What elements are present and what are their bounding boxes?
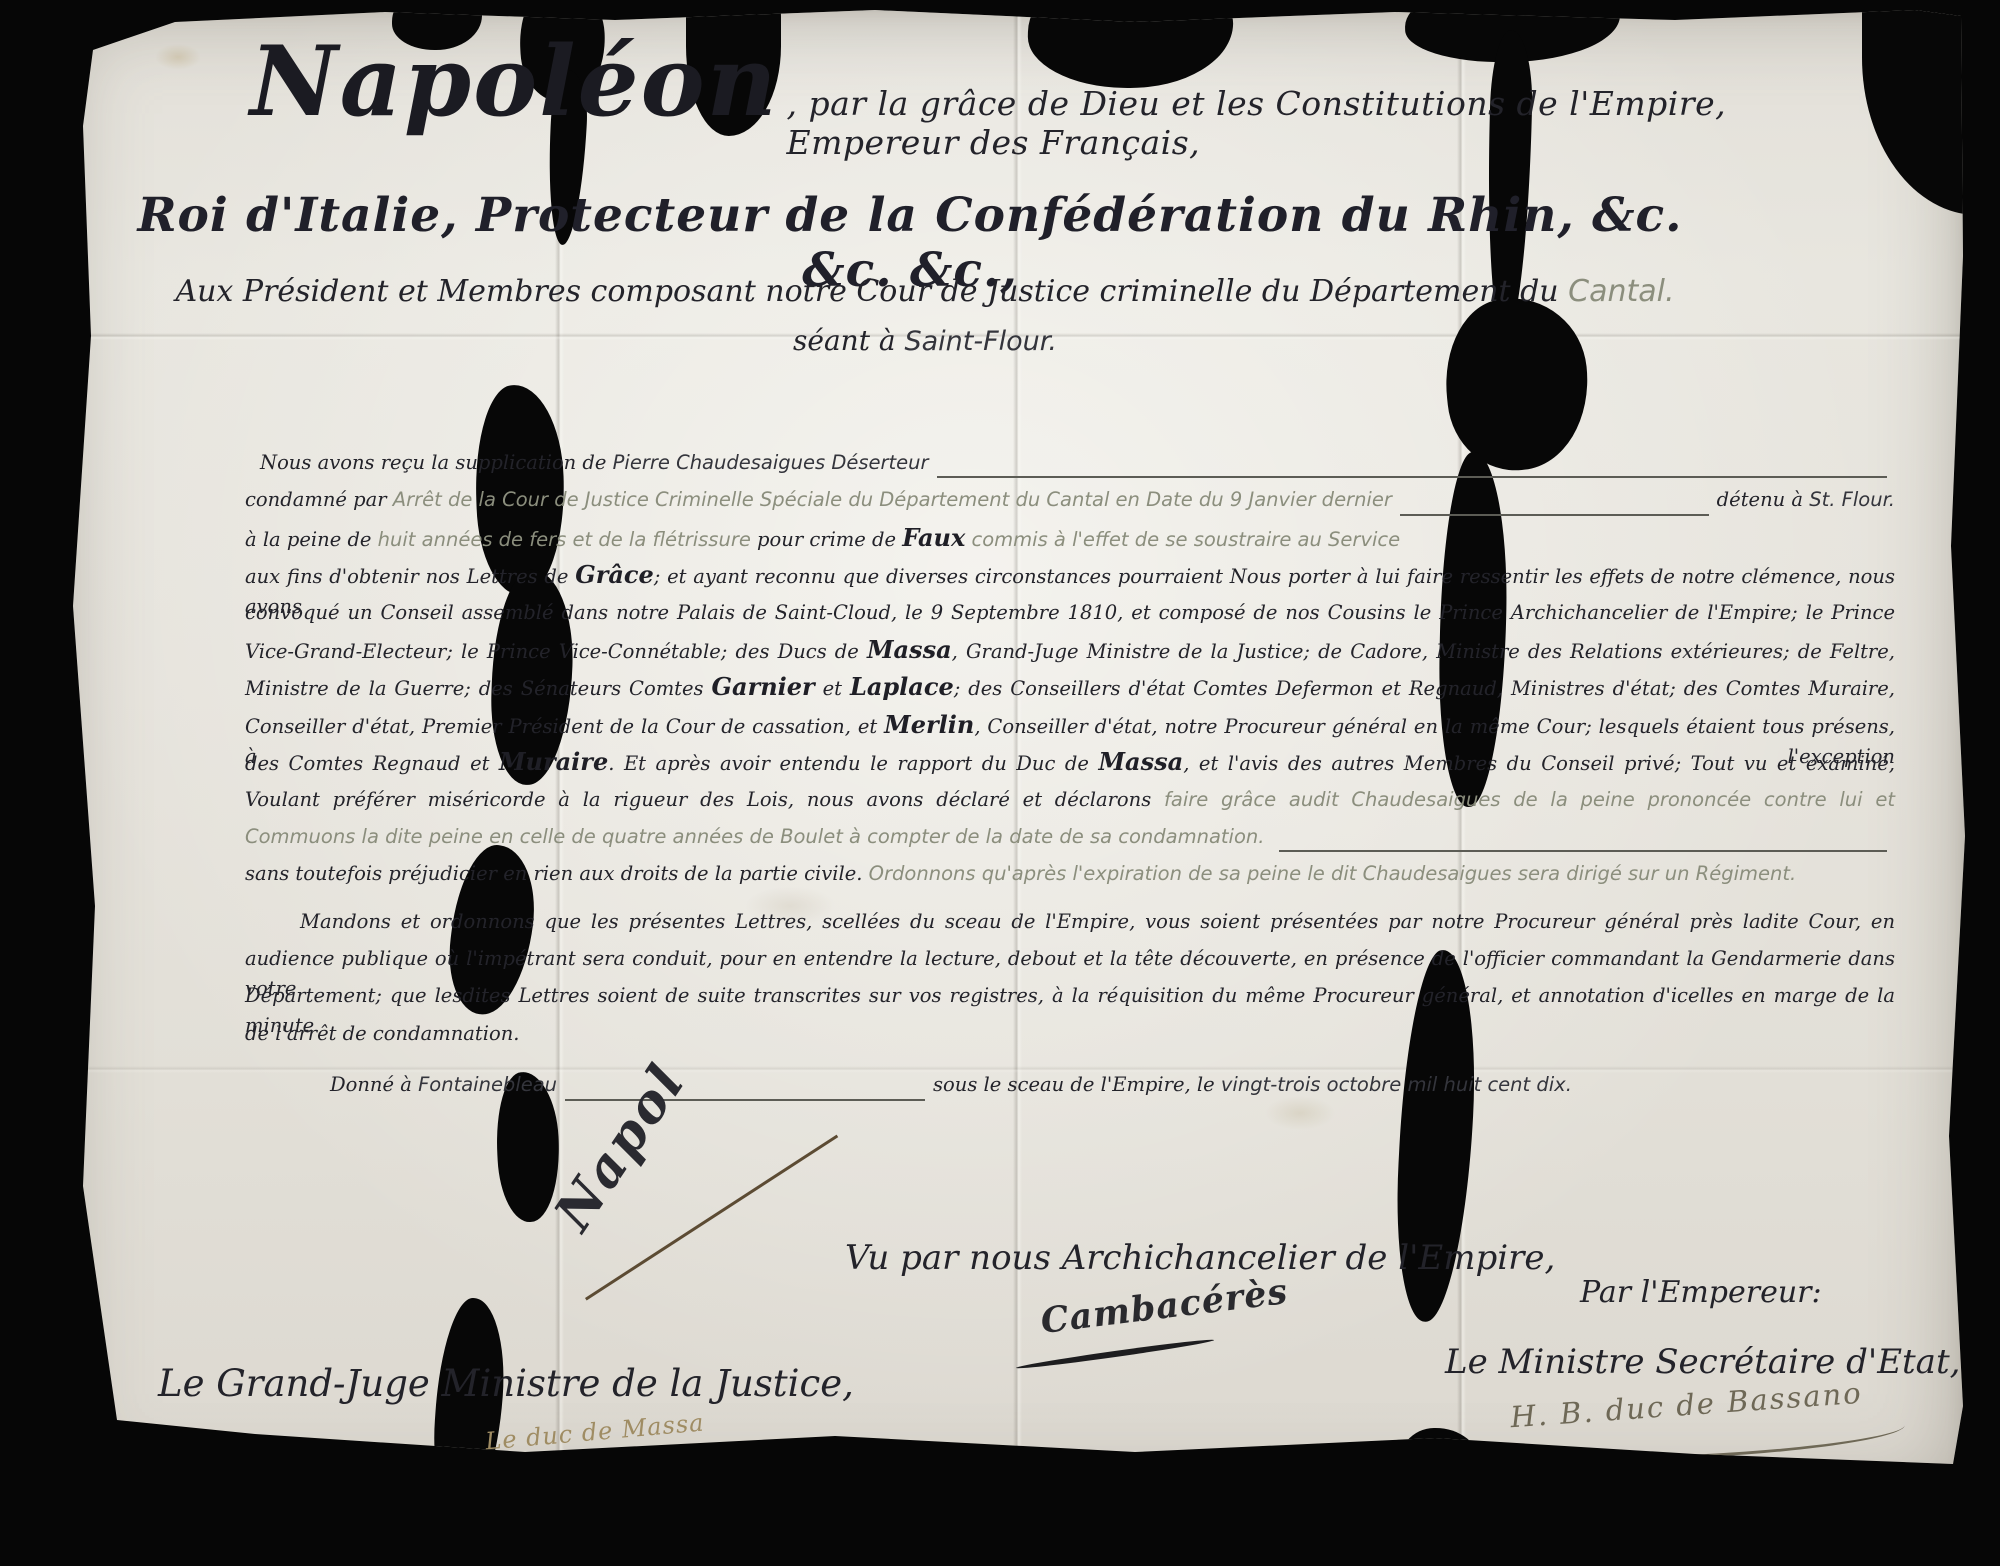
blank-rule (1400, 514, 1709, 516)
printed-text: ; des Conseillers d'état Comtes Defermon… (954, 677, 1895, 700)
massa-signature: Le duc de Massa (484, 1408, 705, 1455)
printed-text: Ministre de la Guerre; des Sénateurs Com… (245, 677, 712, 700)
printed-text: des Comtes Regnaud et (245, 752, 499, 775)
handwritten-text: Faux (902, 523, 965, 553)
printed-text: , et l'avis des autres Membres du Consei… (1183, 752, 1895, 775)
body-line: aux fins d'obtenir nos Lettres de Grâce;… (245, 560, 1895, 597)
printed-text: et (815, 677, 850, 700)
printed-text: à la peine de (245, 525, 378, 555)
printed-text: sans toutefois préjudicier en rien aux d… (245, 862, 869, 885)
stain (155, 44, 201, 70)
body-line: audience publique où l'impétrant sera co… (245, 944, 1895, 981)
body-line: sans toutefois préjudicier en rien aux d… (245, 859, 1895, 896)
printed-text: sous le sceau de l'Empire, le (933, 1070, 1221, 1100)
body-line: Vice-Grand-Electeur; le Prince Vice-Conn… (245, 635, 1895, 672)
seat-prefix: séant à (793, 324, 904, 357)
handwritten-text: Muraire (499, 747, 608, 776)
napoleon-signature: Napol (560, 1098, 740, 1298)
printed-text: convoqué un Conseil assemblé dans notre … (245, 601, 1895, 624)
blank-rule (1279, 850, 1887, 852)
printed-text: Nous avons reçu la supplication de (260, 448, 613, 478)
by-the-emperor-line: Par l'Empereur: (1580, 1275, 1822, 1310)
handwritten-text: commis à l'effet de se soustraire au Ser… (965, 525, 1400, 555)
handwritten-text: Massa (867, 635, 952, 664)
printed-text: pour crime de (757, 525, 902, 555)
printed-text: , Grand-Juge Ministre de la Justice; de … (952, 640, 1895, 663)
body-line: Donné à Fontainebleausous le sceau de l'… (245, 1070, 1895, 1107)
handwritten-text: Massa (1098, 747, 1183, 776)
header-line-address: Aux Président et Membres composant notre… (135, 274, 1715, 309)
cambaceres-flourish (1016, 1337, 1215, 1371)
body-line: convoqué un Conseil assemblé dans notre … (245, 598, 1895, 635)
archchancellor-attestation: Vu par nous Archichancelier de l'Empire, (845, 1238, 1555, 1278)
printed-text: Voulant préférer miséricorde à la rigueu… (245, 788, 1164, 811)
handwritten-text: faire grâce audit Chaudesaigues de la pe… (1164, 788, 1895, 811)
body-line: à la peine de huit années de fers et de … (245, 523, 1895, 560)
header-line-seat: séant à Saint-Flour. (135, 324, 1715, 357)
department-value: Cantal. (1568, 274, 1674, 309)
tear (429, 1296, 510, 1515)
handwritten-text: vingt-trois octobre mil huit cent dix. (1221, 1070, 1572, 1100)
handwritten-text: Ordonnons qu'après l'expiration de sa pe… (869, 862, 1797, 885)
handwritten-text: Garnier (712, 672, 815, 701)
handwritten-text: Grâce (575, 560, 654, 589)
printed-text: Vice-Grand-Electeur; le Prince Vice-Conn… (245, 640, 867, 663)
title-row: Napoléon , par la grâce de Dieu et les C… (250, 34, 1907, 162)
handwritten-text: Commuons la dite peine en celle de quatr… (245, 822, 1271, 852)
title-suffix: , par la grâce de Dieu et les Constituti… (786, 84, 1907, 162)
body-line: Mandons et ordonnons que les présentes L… (245, 907, 1895, 944)
body-line: Voulant préférer miséricorde à la rigueu… (245, 785, 1895, 822)
body-line: Département; que lesdites Lettres soient… (245, 981, 1895, 1018)
printed-text: de l'arrêt de condamnation. (245, 1022, 519, 1045)
cambaceres-signature: Cambacérès (1038, 1271, 1290, 1342)
body-line: de l'arrêt de condamnation. (245, 1019, 1895, 1056)
grand-judge-line: Le Grand-Juge Ministre de la Justice, (158, 1362, 854, 1405)
printed-text: Mandons et ordonnons que les présentes L… (300, 910, 1895, 933)
printed-text: aux fins d'obtenir nos Lettres de (245, 565, 575, 588)
parchment-page: Napoléon , par la grâce de Dieu et les C… (55, 6, 1967, 1502)
printed-text: condamné par (245, 485, 393, 515)
printed-text: détenu à (1717, 485, 1810, 515)
handwritten-text: Arrêt de la Cour de Justice Criminelle S… (393, 485, 1392, 515)
body-line: Conseiller d'état, Premier Président de … (245, 710, 1895, 747)
printed-text: . Et après avoir entendu le rapport du D… (608, 752, 1098, 775)
blank-rule (937, 476, 1887, 478)
scan-background: { "document": { "header": { "title": "Na… (0, 0, 2000, 1566)
title-napoleon: Napoléon (250, 34, 778, 130)
body-lines: Nous avons reçu la supplication de Pierr… (245, 448, 1895, 1108)
minister-secretary-line: Le Ministre Secrétaire d'Etat, (1445, 1342, 1960, 1382)
seat-value: Saint-Flour. (904, 326, 1057, 357)
body-line: Commuons la dite peine en celle de quatr… (245, 822, 1895, 859)
tear (1396, 1428, 1480, 1508)
body-line: Ministre de la Guerre; des Sénateurs Com… (245, 672, 1895, 709)
printed-text: Donné à (330, 1070, 418, 1100)
printed-text: Conseiller d'état, Premier Président de … (245, 715, 884, 738)
handwritten-text: Merlin (884, 710, 974, 739)
body-line: des Comtes Regnaud et Muraire. Et après … (245, 747, 1895, 784)
handwritten-text: St. Flour. (1809, 485, 1895, 515)
body-line: Nous avons reçu la supplication de Pierr… (245, 448, 1895, 485)
handwritten-text: Pierre Chaudesaigues Déserteur (613, 448, 929, 478)
body-line: condamné par Arrêt de la Cour de Justice… (245, 485, 1895, 522)
handwritten-text: huit années de fers et de la flétrissure (378, 525, 757, 555)
handwritten-text: Laplace (850, 672, 954, 701)
handwritten-text: Fontainebleau (418, 1070, 557, 1100)
address-prefix: Aux Président et Membres composant notre… (175, 274, 1568, 309)
